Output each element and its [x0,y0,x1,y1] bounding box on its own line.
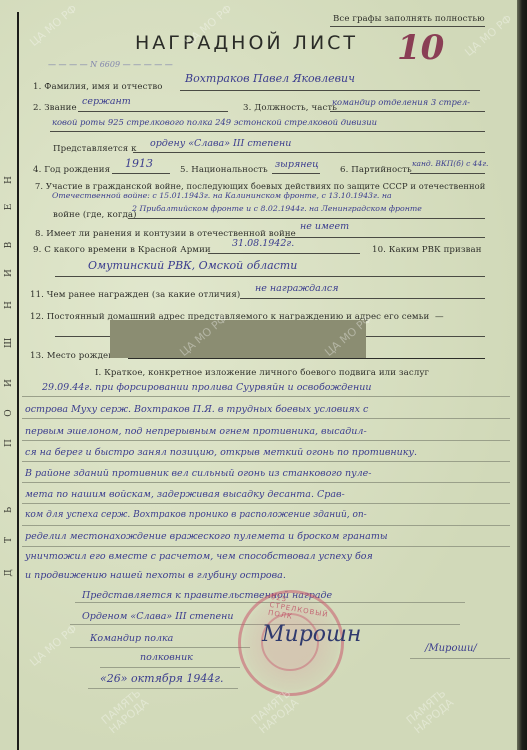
signatory-rank: полковник [140,652,193,663]
ruled-line [70,647,250,648]
ruled-line [22,503,510,504]
narrative-line: ся на берег и быстро занял позицию, откр… [25,447,417,458]
field-2-rule [78,111,228,112]
presented-rule [133,152,485,153]
field-9-rule [208,253,360,254]
field-3-rule-2 [50,131,485,132]
narrative-line: первым эшелоном, под непрерывным огнем п… [25,426,367,437]
ruled-line [22,482,510,483]
margin-letter: И [4,378,14,388]
field-10-label: 10. Каким РВК призван [372,245,482,255]
ruled-line [22,525,510,526]
field-3-label: 3. Должность, часть [243,103,337,113]
ruled-line [410,658,510,659]
narrative-line: и продвижению нашей пехоты в глубину ост… [25,570,286,581]
margin-letter: В [4,240,14,250]
field-7-value-line1: Отечественной войне: с 15.01.1943г. на К… [52,191,392,200]
narrative-line: ределил местонахождение вражеского пулем… [25,531,388,542]
ruled-line [22,461,510,462]
watermark: ЦА МО РФ [28,3,79,49]
watermark: ПАМЯТЬ НАРОДА [95,683,156,739]
narrative-line: мета по нашим войскам, задерживая высадк… [25,489,345,500]
watermark: ЦА МО РФ [28,623,79,669]
narrative-line: 29.09.44г. при форсировании пролива Суур… [42,382,371,393]
field-9-label: 9. С какого времени в Красной Армии [33,245,211,255]
field-1-label: 1. Фамилия, имя и отчество [33,82,163,92]
field-1-value: Вохтраков Павел Яковлевич [185,72,355,85]
ruled-line [22,396,510,397]
margin-letter: Т [4,535,14,545]
field-10-value: Омутинский РВК, Омской области [88,259,297,272]
margin-letter: П [4,438,14,448]
field-11-value: не награждался [255,283,339,294]
margin-letter: Е [4,202,14,212]
field-2-label: 2. Звание [33,103,77,113]
narrative-line: острова Муху серж. Вохтраков П.Я. в труд… [25,404,368,415]
narrative-line: В районе зданий противник вел сильный ог… [25,468,371,479]
document-title: НАГРАДНОЙ ЛИСТ [135,32,358,54]
narrative-line: ком для успеха серж. Вохтраков пронико в… [25,510,367,520]
margin-letter: Д [4,568,14,578]
field-12-value: — [435,312,444,322]
margin-line [17,12,19,750]
commander-signature: Мирошн [262,622,361,647]
margin-letter: И [4,268,14,278]
field-4-label: 4. Год рождения [33,165,110,175]
margin-letter: Ь [4,505,14,515]
ruled-line [22,546,510,547]
margin-letter: Ш [4,338,14,348]
header-rule [330,26,485,27]
presented-value: ордену «Слава» III степени [150,138,291,149]
field-3-value-line2: ковой роты 925 стрелкового полка 249 эст… [52,117,377,127]
field-6-label: 6. Партийность [340,165,412,175]
field-11-label: 11. Чем ранее награжден (за какие отличи… [30,290,240,300]
narrative-line: уничтожил его вместе с расчетом, чем спо… [25,551,373,562]
watermark: ПАМЯТЬ НАРОДА [400,683,461,739]
top-handwritten-note: — — — — N 6609 — — — — — [48,60,173,69]
ruled-line [100,667,240,668]
field-2-value: сержант [82,96,131,107]
ruled-line [22,440,510,441]
document-page: Н Е В И Н Ш И О П Ь Т Д Все графы заполн… [0,0,517,750]
margin-letter: О [4,408,14,418]
document-date: «26» октября 1944г. [100,672,223,685]
section-heading: I. Краткое, конкретное изложение личного… [95,368,429,378]
field-13-rule [128,358,485,359]
field-5-label: 5. Национальность [180,165,268,175]
field-8-rule [285,237,485,238]
red-pencil-mark: 10 [397,28,444,68]
header-note: Все графы заполнять полностью [333,14,485,24]
signatory-title: Командир полка [90,633,173,644]
margin-letter: Н [4,175,14,185]
field-7-label-line2: войне (где, когда) [53,210,137,220]
ruled-line [88,688,238,689]
field-7-rule [128,218,485,219]
redacted-area [110,320,366,358]
field-10-rule [55,276,485,277]
field-6-value: канд. ВКП(б) с 44г. [412,159,488,168]
field-9-value: 31.08.1942г. [232,238,294,249]
margin-letter: Н [4,300,14,310]
field-5-rule [272,173,320,174]
scan-edge [517,0,527,750]
field-5-value: зырянец [275,159,319,170]
ruled-line [22,418,510,419]
field-4-value: 1913 [125,157,153,170]
conclusion-line: Орденом «Слава» III степени [82,611,234,622]
field-11-rule [240,298,485,299]
field-3-rule-1 [330,111,485,112]
field-8-value: не имеет [300,221,349,232]
field-7-label-line1: 7. Участие в гражданской войне, последую… [35,181,485,191]
field-6-rule [410,173,485,174]
field-3-value-line1: командир отделения 3 стрел- [332,97,470,107]
field-4-rule [112,173,170,174]
field-7-value-line2: 2 Прибалтийском фронте и с 8.02.1944г. н… [132,204,422,213]
field-1-rule [180,90,480,91]
presented-label: Представляется к [53,144,137,154]
signature-name: /Мироши/ [425,643,477,654]
